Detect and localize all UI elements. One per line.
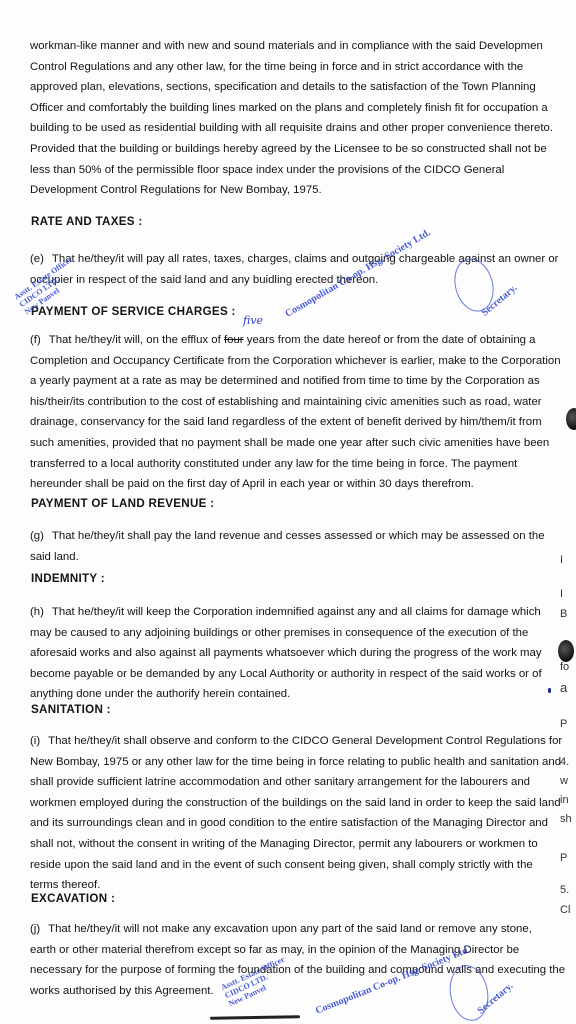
text-line: necessary for the purpose of forming the… [30,960,566,981]
text-line: become payable or be demanded by any Loc… [30,664,566,685]
text-line: (i)That he/they/it shall observe and con… [30,731,566,752]
section-heading-payment-of-service-charges: PAYMENT OF SERVICE CHARGES : [31,305,236,318]
clause-text: That he/they/it shall pay the land reven… [52,530,545,542]
struck-word: four [224,334,244,346]
adjacent-page-fragment: P [560,852,567,864]
text-line: Control Regulations and any other law, f… [30,57,566,78]
text-line: (j)That he/they/it will not make any exc… [30,919,566,940]
ink-mark [548,688,551,693]
text-line: (g)That he/they/it shall pay the land re… [30,526,566,547]
adjacent-page-fragment: a [560,680,567,695]
adjacent-page-fragment: w [560,775,568,787]
adjacent-page-fragment: 4. [560,756,569,768]
adjacent-page-fragment: I [560,588,563,600]
text-line: his/their/its contribution to the cost o… [30,392,566,413]
punch-hole [566,408,576,430]
clause-text: years from the date hereof or from the d… [244,334,536,346]
text-line: New Bombay, 1975 or any other law for th… [30,752,566,773]
scan-edge-mark [210,1015,300,1020]
adjacent-page-fragment: fo [560,661,569,673]
text-line: building to be used as residential build… [30,118,566,139]
text-line: hereunder shall be paid on the first day… [30,474,566,495]
clause-label: (i) [30,735,40,747]
section-heading-excavation: EXCAVATION : [31,892,115,905]
text-line: Development Control Regulations for New … [30,180,566,201]
text-line: less than 50% of the permissible floor s… [30,160,566,181]
section-heading-rate-and-taxes: RATE AND TAXES : [31,215,143,228]
clause-i: (i)That he/they/it shall observe and con… [30,731,566,896]
text-line: workmen employed during the construction… [30,793,566,814]
text-line: such amenities, provided that no payment… [30,433,566,454]
clause-text: That he/they/it will, on the efflux of [49,334,224,346]
text-line: anything done under the authorify herein… [30,684,566,705]
clause-label: (g) [30,530,44,542]
clause-label: (f) [30,334,41,346]
document-page: workman-like manner and with new and sou… [0,0,576,1024]
text-line: reside upon the said land and in the eve… [30,855,566,876]
punch-hole [558,640,574,662]
clause-label: (h) [30,606,44,618]
handwritten-correction: five [243,314,263,327]
text-line: (h)That he/they/it will keep the Corpora… [30,602,566,623]
text-line: shall provide sufficient latrine accommo… [30,772,566,793]
intro-paragraph: workman-like manner and with new and sou… [30,36,566,201]
adjacent-page-fragment: I [560,554,563,566]
clause-label: (j) [30,923,40,935]
adjacent-page-fragment: in [560,794,569,806]
clause-text: That he/they/it shall observe and confor… [48,735,562,747]
text-line: transferred to a local authority constit… [30,454,566,475]
text-line: Provided that the building or buildings … [30,139,566,160]
section-heading-sanitation: SANITATION : [31,703,111,716]
text-line: aforesaid works and also against all pay… [30,643,566,664]
section-heading-payment-of-land-revenue: PAYMENT OF LAND REVENUE : [31,497,214,510]
adjacent-page-fragment: Cl [560,904,570,916]
text-line: a yearly payment at a rate as may be det… [30,371,566,392]
clause-g: (g)That he/they/it shall pay the land re… [30,526,566,567]
text-line: drainage, conservancy for the said land … [30,412,566,433]
adjacent-page-fragment: sh [560,813,572,825]
text-line: approved plan, elevations, sections, spe… [30,77,566,98]
adjacent-page-fragment: 5. [560,884,569,896]
clause-text: That he/they/it will keep the Corporatio… [52,606,541,618]
text-line: Completion and Occupancy Certificate fro… [30,351,566,372]
clause-text: That he/they/it will not make any excava… [48,923,532,935]
text-line: may be caused to any adjoining buildings… [30,623,566,644]
adjacent-page-fragment: P [560,718,567,730]
clause-label: (e) [30,253,44,265]
text-line: (f)That he/they/it will, on the efflux o… [30,330,566,351]
adjacent-page-fragment: B [560,608,567,620]
clause-h: (h)That he/they/it will keep the Corpora… [30,602,566,705]
text-line: Officer and comfortably the building lin… [30,98,566,119]
text-line: workman-like manner and with new and sou… [30,36,566,57]
section-heading-indemnity: INDEMNITY : [31,572,105,585]
clause-f: (f)That he/they/it will, on the efflux o… [30,330,566,495]
text-line: shall not, without the consent in writin… [30,834,566,855]
text-line: said land. [30,547,566,568]
text-line: and its surroundings clean and in good c… [30,813,566,834]
text-line: earth or other material therefrom except… [30,940,566,961]
